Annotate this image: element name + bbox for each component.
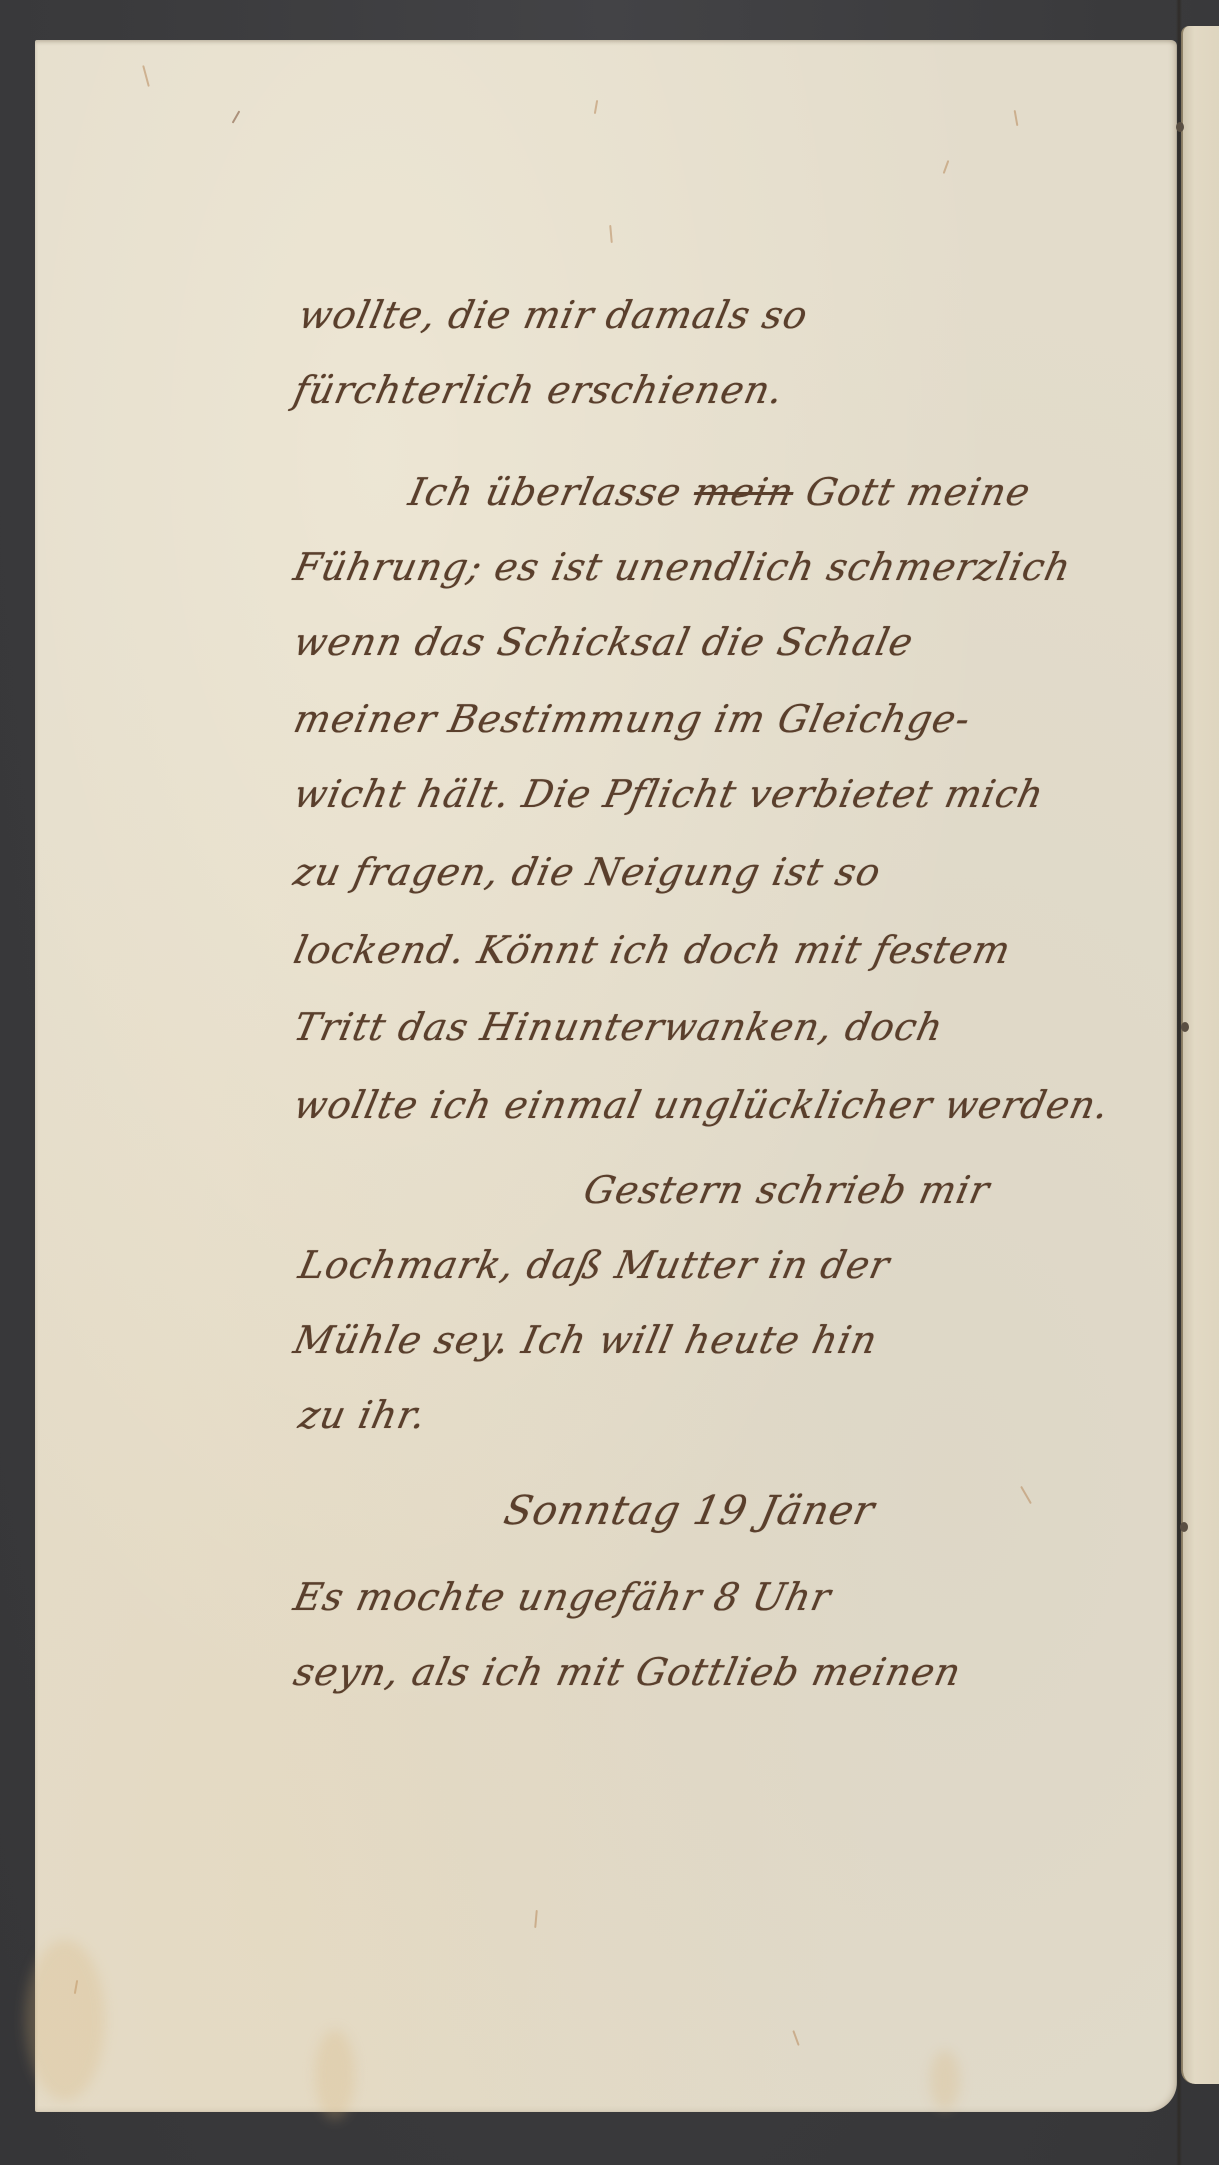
paper-stain bbox=[930, 2050, 960, 2110]
handwriting-line: Ich überlasse mein Gott meine bbox=[405, 470, 1035, 514]
handwriting-line: wollte, die mir damals so bbox=[295, 293, 812, 337]
binding-thread-mark bbox=[1180, 1522, 1188, 1532]
handwriting-line: Es mochte ungefähr 8 Uhr bbox=[290, 1575, 835, 1619]
paper-speck bbox=[534, 1910, 538, 1928]
binding-thread-mark bbox=[1181, 1022, 1189, 1032]
handwriting-line: Tritt das Hinunterwanken, doch bbox=[290, 1005, 948, 1049]
struck-through-word: mein bbox=[690, 470, 799, 514]
handwriting-line: fürchterlich erschienen. bbox=[290, 368, 788, 412]
handwriting-line: Lochmark, daß Mutter in der bbox=[295, 1243, 894, 1287]
handwriting-line: zu ihr. bbox=[295, 1393, 431, 1437]
handwriting-line: wollte ich einmal unglücklicher werden. bbox=[290, 1083, 1113, 1127]
paper-speck bbox=[232, 110, 241, 123]
paper-stain bbox=[315, 2030, 355, 2120]
paper-speck bbox=[943, 160, 950, 174]
manuscript-page bbox=[35, 40, 1177, 2112]
entry-date-heading: Sonntag 19 Jäner bbox=[500, 1488, 879, 1534]
handwriting-line: zu fragen, die Neigung ist so bbox=[290, 850, 885, 894]
handwriting-line: Gestern schrieb mir bbox=[580, 1168, 994, 1212]
paper-speck bbox=[792, 2030, 799, 2046]
handwriting-line: wicht hält. Die Pflicht verbietet mich bbox=[290, 772, 1048, 816]
text-run: Gott meine bbox=[789, 470, 1035, 514]
text-run: Ich überlasse bbox=[405, 470, 699, 514]
handwriting-line: lockend. Könnt ich doch mit festem bbox=[290, 928, 1015, 972]
binding-thread-mark bbox=[1176, 122, 1184, 132]
handwriting-line: wenn das Schicksal die Schale bbox=[290, 620, 918, 664]
paper-stain bbox=[25, 1940, 105, 2100]
paper-speck bbox=[1014, 110, 1019, 126]
handwriting-line: seyn, als ich mit Gottlieb meinen bbox=[290, 1650, 965, 1694]
paper-speck bbox=[1020, 1486, 1032, 1504]
paper-speck bbox=[609, 225, 613, 243]
handwriting-line: Mühle sey. Ich will heute hin bbox=[290, 1318, 882, 1362]
binding-gutter bbox=[1176, 0, 1182, 2165]
handwriting-line: Führung; es ist unendlich schmerzlich bbox=[290, 545, 1075, 589]
facing-page-edge bbox=[1181, 26, 1219, 2084]
paper-speck bbox=[142, 65, 150, 87]
paper-speck bbox=[594, 100, 598, 114]
handwriting-line: meiner Bestimmung im Gleichge- bbox=[290, 697, 975, 741]
